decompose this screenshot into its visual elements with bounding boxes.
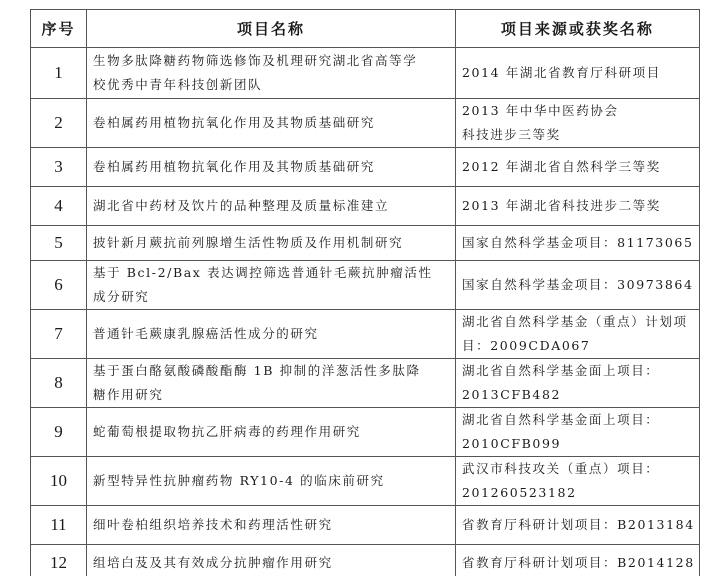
project-source-cell: 2012 年湖北省自然科学三等奖 [456, 148, 700, 187]
table-row: 1生物多肽降糖药物筛选修饰及机理研究湖北省高等学校优秀中青年科技创新团队2014… [31, 48, 700, 99]
project-name-cell: 新型特异性抗肿瘤药物 RY10-4 的临床前研究 [87, 457, 456, 506]
row-index: 2 [31, 99, 87, 148]
table-row: 5披针新月蕨抗前列腺增生活性物质及作用机制研究国家自然科学基金项目：811730… [31, 226, 700, 261]
row-index: 12 [31, 545, 87, 576]
project-source-cell: 国家自然科学基金项目：30973864 [456, 261, 700, 310]
project-source-cell: 国家自然科学基金项目：81173065 [456, 226, 700, 261]
project-source-line: 2014 年湖北省教育厅科研项目 [462, 61, 695, 85]
project-name-line: 卷柏属药用植物抗氧化作用及其物质基础研究 [93, 155, 451, 179]
project-name-line: 细叶卷柏组织培养技术和药理活性研究 [93, 513, 451, 537]
project-source-cell: 湖北省自然科学基金（重点）计划项目：2009CDA067 [456, 310, 700, 359]
project-name-cell: 细叶卷柏组织培养技术和药理活性研究 [87, 506, 456, 545]
project-name-cell: 卷柏属药用植物抗氧化作用及其物质基础研究 [87, 99, 456, 148]
project-name-line: 卷柏属药用植物抗氧化作用及其物质基础研究 [93, 111, 451, 135]
project-name-line: 披针新月蕨抗前列腺增生活性物质及作用机制研究 [93, 231, 451, 255]
table-row: 11细叶卷柏组织培养技术和药理活性研究省教育厅科研计划项目：B2013184 [31, 506, 700, 545]
row-index: 1 [31, 48, 87, 99]
project-name-line: 基于蛋白酪氨酸磷酸酯酶 1B 抑制的洋葱活性多肽降 [93, 359, 451, 383]
row-index: 5 [31, 226, 87, 261]
header-index: 序号 [31, 10, 87, 48]
project-source-line: 武汉市科技攻关（重点）项目： [462, 457, 695, 481]
project-source-cell: 省教育厅科研计划项目：B2014128 [456, 545, 700, 576]
project-name-cell: 普通针毛蕨康乳腺癌活性成分的研究 [87, 310, 456, 359]
project-name-cell: 卷柏属药用植物抗氧化作用及其物质基础研究 [87, 148, 456, 187]
project-source-line: 201260523182 [462, 481, 695, 505]
project-name-cell: 基于 Bcl-2/Bax 表达调控筛选普通针毛蕨抗肿瘤活性成分研究 [87, 261, 456, 310]
table-row: 3卷柏属药用植物抗氧化作用及其物质基础研究2012 年湖北省自然科学三等奖 [31, 148, 700, 187]
row-index: 11 [31, 506, 87, 545]
table-row: 2卷柏属药用植物抗氧化作用及其物质基础研究2013 年中华中医药协会科技进步三等… [31, 99, 700, 148]
project-name-line: 组培白芨及其有效成分抗肿瘤作用研究 [93, 551, 451, 575]
project-source-line: 目：2009CDA067 [462, 334, 695, 358]
row-index: 10 [31, 457, 87, 506]
project-source-line: 国家自然科学基金项目：30973864 [462, 273, 695, 297]
row-index: 3 [31, 148, 87, 187]
project-source-line: 省教育厅科研计划项目：B2014128 [462, 551, 695, 575]
project-name-line: 蛇葡萄根提取物抗乙肝病毒的药理作用研究 [93, 420, 451, 444]
project-source-line: 2013CFB482 [462, 383, 695, 407]
project-name-cell: 披针新月蕨抗前列腺增生活性物质及作用机制研究 [87, 226, 456, 261]
header-project-source: 项目来源或获奖名称 [456, 10, 700, 48]
project-name-line: 新型特异性抗肿瘤药物 RY10-4 的临床前研究 [93, 469, 451, 493]
project-name-line: 糖作用研究 [93, 383, 451, 407]
project-source-cell: 2014 年湖北省教育厅科研项目 [456, 48, 700, 99]
table-row: 6基于 Bcl-2/Bax 表达调控筛选普通针毛蕨抗肿瘤活性成分研究国家自然科学… [31, 261, 700, 310]
project-source-cell: 2013 年中华中医药协会科技进步三等奖 [456, 99, 700, 148]
table-header-row: 序号 项目名称 项目来源或获奖名称 [31, 10, 700, 48]
project-name-line: 生物多肽降糖药物筛选修饰及机理研究湖北省高等学 [93, 49, 451, 73]
table-row: 8基于蛋白酪氨酸磷酸酯酶 1B 抑制的洋葱活性多肽降糖作用研究湖北省自然科学基金… [31, 359, 700, 408]
project-name-cell: 蛇葡萄根提取物抗乙肝病毒的药理作用研究 [87, 408, 456, 457]
project-name-line: 成分研究 [93, 285, 451, 309]
project-source-line: 湖北省自然科学基金面上项目： [462, 408, 695, 432]
table-row: 9蛇葡萄根提取物抗乙肝病毒的药理作用研究湖北省自然科学基金面上项目：2010CF… [31, 408, 700, 457]
project-name-cell: 组培白芨及其有效成分抗肿瘤作用研究 [87, 545, 456, 576]
project-source-cell: 省教育厅科研计划项目：B2013184 [456, 506, 700, 545]
project-source-cell: 武汉市科技攻关（重点）项目：201260523182 [456, 457, 700, 506]
project-source-cell: 湖北省自然科学基金面上项目：2010CFB099 [456, 408, 700, 457]
project-name-line: 校优秀中青年科技创新团队 [93, 73, 451, 97]
project-source-line: 2013 年湖北省科技进步二等奖 [462, 194, 695, 218]
table-row: 4湖北省中药材及饮片的品种整理及质量标准建立2013 年湖北省科技进步二等奖 [31, 187, 700, 226]
table-row: 10新型特异性抗肿瘤药物 RY10-4 的临床前研究武汉市科技攻关（重点）项目：… [31, 457, 700, 506]
table-row: 12组培白芨及其有效成分抗肿瘤作用研究省教育厅科研计划项目：B2014128 [31, 545, 700, 576]
row-index: 6 [31, 261, 87, 310]
project-source-line: 2013 年中华中医药协会 [462, 99, 695, 123]
project-name-line: 基于 Bcl-2/Bax 表达调控筛选普通针毛蕨抗肿瘤活性 [93, 261, 451, 285]
row-index: 4 [31, 187, 87, 226]
project-source-line: 国家自然科学基金项目：81173065 [462, 231, 695, 255]
project-name-cell: 基于蛋白酪氨酸磷酸酯酶 1B 抑制的洋葱活性多肽降糖作用研究 [87, 359, 456, 408]
project-name-line: 湖北省中药材及饮片的品种整理及质量标准建立 [93, 194, 451, 218]
project-source-line: 湖北省自然科学基金面上项目： [462, 359, 695, 383]
row-index: 7 [31, 310, 87, 359]
row-index: 9 [31, 408, 87, 457]
project-table: 序号 项目名称 项目来源或获奖名称 1生物多肽降糖药物筛选修饰及机理研究湖北省高… [30, 9, 700, 576]
project-source-line: 2010CFB099 [462, 432, 695, 456]
project-source-cell: 2013 年湖北省科技进步二等奖 [456, 187, 700, 226]
project-source-line: 湖北省自然科学基金（重点）计划项 [462, 310, 695, 334]
project-name-cell: 生物多肽降糖药物筛选修饰及机理研究湖北省高等学校优秀中青年科技创新团队 [87, 48, 456, 99]
project-name-line: 普通针毛蕨康乳腺癌活性成分的研究 [93, 322, 451, 346]
project-source-cell: 湖北省自然科学基金面上项目：2013CFB482 [456, 359, 700, 408]
project-source-line: 2012 年湖北省自然科学三等奖 [462, 155, 695, 179]
header-project-name: 项目名称 [87, 10, 456, 48]
project-source-line: 科技进步三等奖 [462, 123, 695, 147]
row-index: 8 [31, 359, 87, 408]
project-source-line: 省教育厅科研计划项目：B2013184 [462, 513, 695, 537]
table-row: 7普通针毛蕨康乳腺癌活性成分的研究湖北省自然科学基金（重点）计划项目：2009C… [31, 310, 700, 359]
project-name-cell: 湖北省中药材及饮片的品种整理及质量标准建立 [87, 187, 456, 226]
